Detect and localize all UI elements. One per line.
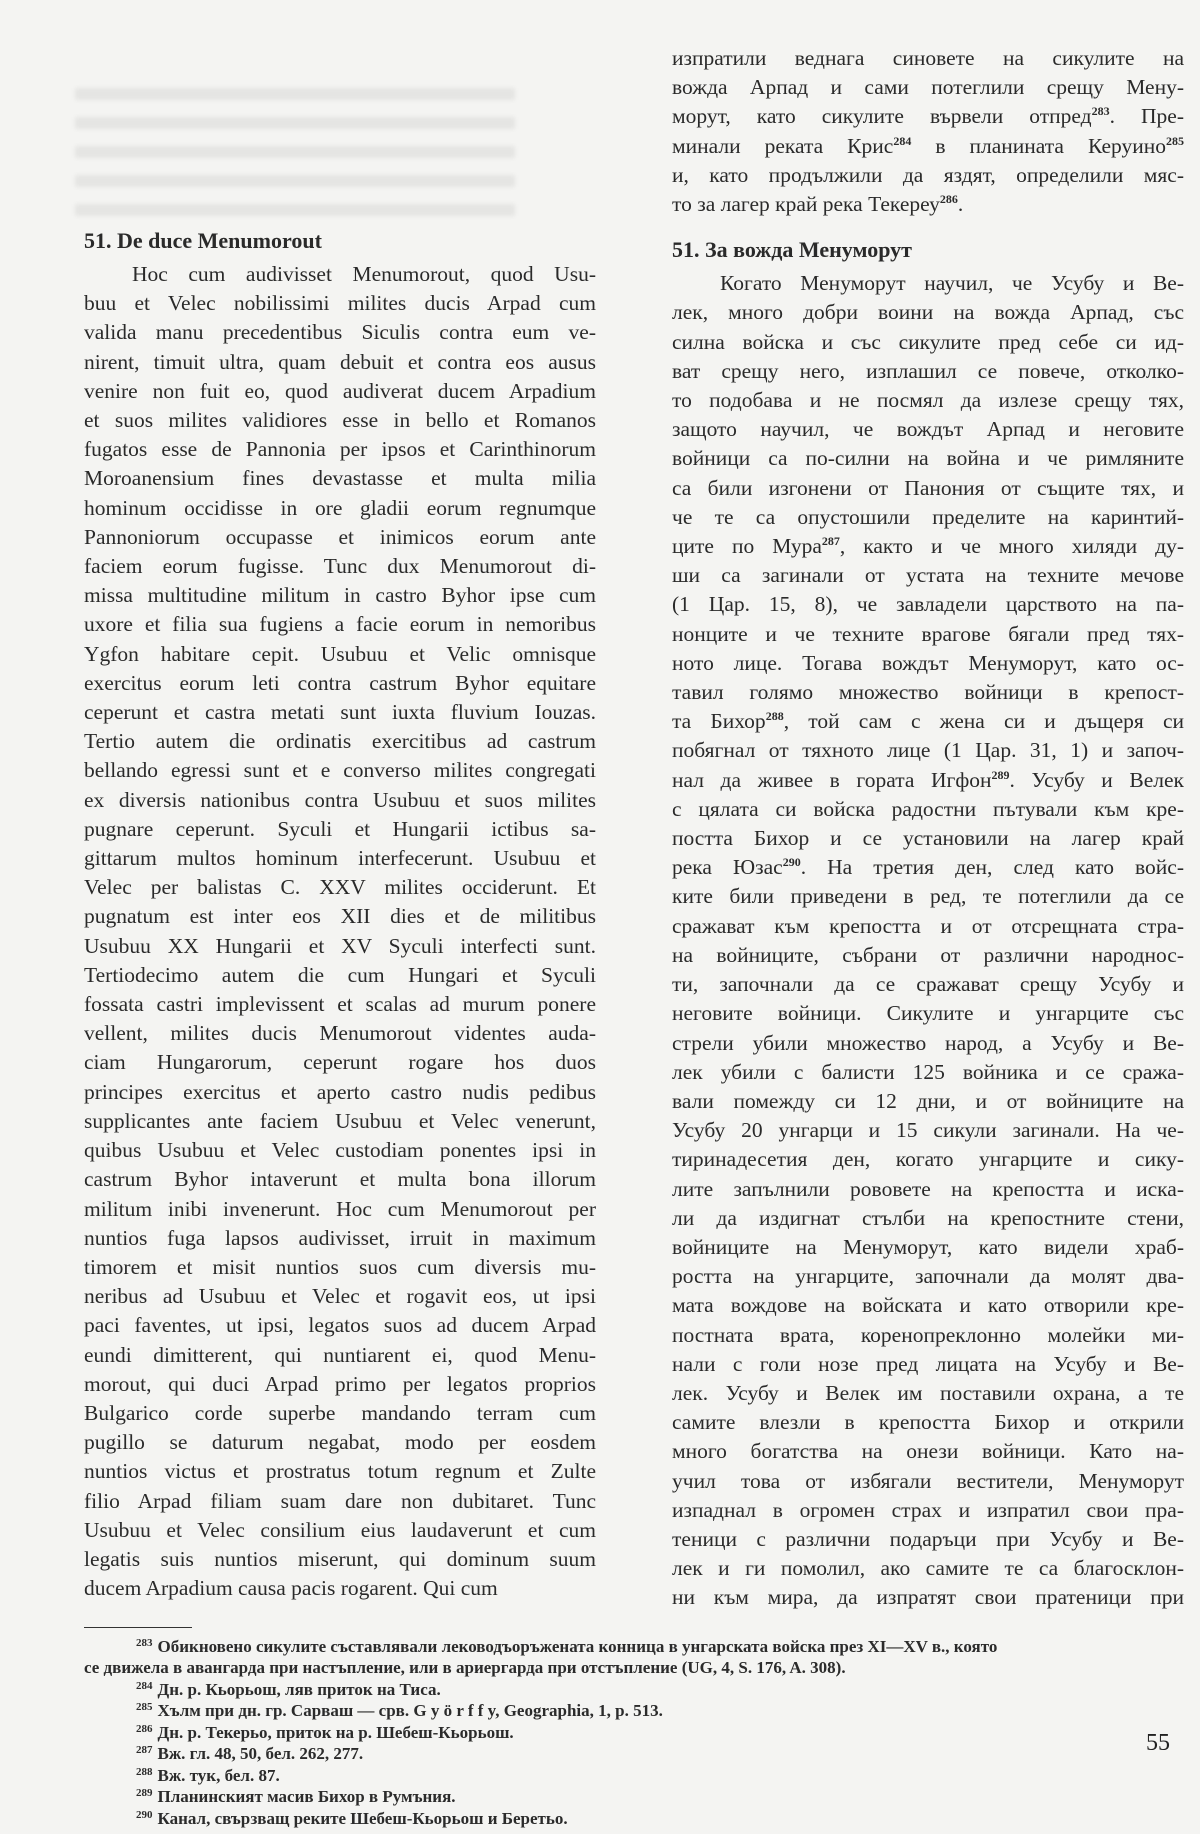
text-line: морут, като сикулите вървели отпред283. … (672, 102, 1184, 131)
text-line: лите запълнили рововете на крепостта и и… (672, 1175, 1184, 1204)
text-line: ростта на унгарците, започнали да молят … (672, 1262, 1184, 1291)
text-run: теници с различни подаръци при Усубу и В… (672, 1527, 1184, 1551)
text-line: та Бихор288, той сам с жена си и дъщеря … (672, 707, 1184, 736)
text-line: buu et Velec nobilissimi milites ducis A… (84, 289, 596, 318)
text-run: ките били приведени в ред, те потеглили … (672, 884, 1184, 908)
text-line: (1 Цар. 15, 8), че завладели царството н… (672, 590, 1184, 619)
text-run: Обикновено сикулите съставлявали лековод… (158, 1637, 998, 1656)
text-run: то подобава и не посмял да излезе срещу … (672, 388, 1184, 412)
text-line: nirent, timuit ultra, quam debuit et con… (84, 348, 596, 377)
text-run: ши са загинали от устата на техните мечо… (672, 563, 1184, 587)
bulgarian-text: Когато Менуморут научил, че Усубу и Ве-л… (672, 269, 1184, 1612)
text-line: сражават към крепостта и от отсрещната с… (672, 912, 1184, 941)
footnote-reference: 288 (766, 709, 784, 723)
text-line: постта Бихор и се установили на лагер кр… (672, 824, 1184, 853)
footnote-number: 285 (136, 1701, 153, 1713)
text-line: Tertio autem die ordinatis exercitibus a… (84, 727, 596, 756)
text-run: тиринадесетия ден, когато унгарците и си… (672, 1147, 1184, 1171)
text-line: че те са опустошили пределите на каринти… (672, 503, 1184, 532)
text-run: Хълм при дн. гр. Сарваш — срв. G y ö r f… (158, 1701, 663, 1720)
text-line: pugnare ceperunt. Syculi et Hungarii ict… (84, 815, 596, 844)
text-line: pugillo se daturum negabat, modo per eos… (84, 1428, 596, 1457)
text-run: Канал, свързващ реките Шебеш-Кьорьош и Б… (158, 1809, 568, 1828)
text-run: са били изгонени от Панония от същите тя… (672, 476, 1184, 500)
text-line: самите влезли в крепостта Бихор и открил… (672, 1408, 1184, 1437)
footnotes: 283Обикновено сикулите съставлявали леко… (84, 1636, 1184, 1830)
text-line: стрели убили множество народ, а Усубу и … (672, 1029, 1184, 1058)
text-line: Когато Менуморут научил, че Усубу и Ве- (672, 269, 1184, 298)
bulgarian-column: изпратили веднага синовете на сикулите н… (672, 44, 1184, 1613)
text-line: Moroanensium fines devastasse et multa m… (84, 464, 596, 493)
text-line: venire non fuit eo, quod audiverat ducem… (84, 377, 596, 406)
text-line: лек. Усубу и Велек им поставили охрана, … (672, 1379, 1184, 1408)
text-line: учил това от избягали вестители, Менумор… (672, 1467, 1184, 1496)
text-run: Вж. гл. 48, 50, бел. 262, 277. (158, 1744, 364, 1763)
text-run: Вж. тук, бел. 87. (158, 1766, 280, 1785)
text-line: ват срещу него, изплашил се повече, отко… (672, 357, 1184, 386)
footnote-reference: 285 (1166, 134, 1184, 148)
page-number: 55 (1146, 1730, 1170, 1757)
text-run: ното лице. Тогава вождът Менуморут, като… (672, 651, 1184, 675)
latin-column: 51. De duce Menumorout Hoc cum audivisse… (84, 226, 596, 1613)
text-run: то за лагер край река Текереу (672, 192, 940, 216)
text-run: . Пре- (1110, 104, 1184, 128)
text-run: Дн. р. Текерьо, приток на р. Шебеш-Кьорь… (158, 1723, 514, 1742)
footnote-number: 286 (136, 1723, 153, 1735)
footnote-separator (84, 1627, 192, 1628)
book-page: 51. De duce Menumorout Hoc cum audivisse… (84, 44, 1184, 1829)
text-line: ното лице. Тогава вождът Менуморут, като… (672, 649, 1184, 678)
text-line: paci faventes, ut ipsi, legatos suos ad … (84, 1311, 596, 1340)
latin-text: Hoc cum audivisset Menumorout, quod Usu-… (84, 260, 596, 1603)
text-line: минали реката Крис284 в планината Керуин… (672, 132, 1184, 161)
text-run: ни към мира, да изпратят свои пратеници … (672, 1585, 1184, 1609)
text-line: ките били приведени в ред, те потеглили … (672, 882, 1184, 911)
text-line: timorem et misit nuntios suos cum divers… (84, 1253, 596, 1282)
text-run: Когато Менуморут научил, че Усубу и Ве- (720, 271, 1184, 295)
text-line: ши са загинали от устата на техните мечо… (672, 561, 1184, 590)
text-line: exercitus eorum leti contra castrum Byho… (84, 669, 596, 698)
text-run: река Юзас (672, 855, 783, 879)
text-line: изпратили веднага синовете на сикулите н… (672, 44, 1184, 73)
text-line: neribus ad Usubuu et Velec et rogavit eo… (84, 1282, 596, 1311)
text-line: supplicantes ante faciem Usubuu et Velec… (84, 1107, 596, 1136)
text-line: то за лагер край река Текереу286. (672, 190, 1184, 219)
text-line: изпаднал в огромен страх и изпратил свои… (672, 1496, 1184, 1525)
text-line: мата вождове на войската и като отворили… (672, 1291, 1184, 1320)
text-run: с цялата си войска радостни пътували към… (672, 797, 1184, 821)
text-run: , той сам с жена си и дъщеря си (784, 709, 1184, 733)
text-line: missa multitudine militum in castro Byho… (84, 581, 596, 610)
text-line: побягнал от тяхното лице (1 Цар. 31, 1) … (672, 736, 1184, 765)
text-line: fossata castri implevissent et scalas ad… (84, 990, 596, 1019)
text-line: Usubuu et Velec consilium eius laudaveru… (84, 1516, 596, 1545)
text-run: постната врата, коренопреклонно молейки … (672, 1323, 1184, 1347)
bulgarian-previous-chapter-ending: изпратили веднага синовете на сикулите н… (672, 44, 1184, 219)
text-run: ците по Мура (672, 534, 822, 558)
text-run: нонците и че техните врагове бягали пред… (672, 622, 1184, 646)
text-run: , както и че много хиляди ду- (840, 534, 1184, 558)
text-run: на войниците, събрани от различни народн… (672, 943, 1184, 967)
footnote-reference: 290 (783, 855, 801, 869)
text-line: ли да издигнат стълби на крепостните сте… (672, 1204, 1184, 1233)
text-line: bellando egressi sunt et e converso mili… (84, 756, 596, 785)
text-run: та Бихор (672, 709, 766, 733)
text-line: на войниците, събрани от различни народн… (672, 941, 1184, 970)
footnote-number: 288 (136, 1766, 153, 1778)
text-line: войниците на Менуморут, като видели храб… (672, 1233, 1184, 1262)
text-run: вали помежду си 12 дни, и от войниците н… (672, 1089, 1184, 1113)
footnote-item: 288Вж. тук, бел. 87. (84, 1765, 1184, 1787)
footnote-item: 283Обикновено сикулите съставлявали леко… (84, 1636, 1184, 1658)
text-run: че те са опустошили пределите на каринти… (672, 505, 1184, 529)
text-run: силна войска и със сикулите пред себе си… (672, 330, 1184, 354)
text-line: Hoc cum audivisset Menumorout, quod Usu- (84, 260, 596, 289)
footnote-reference: 284 (893, 134, 911, 148)
text-line: ciam Hungarorum, ceperunt rogare hos duo… (84, 1048, 596, 1077)
text-run: изпаднал в огромен страх и изпратил свои… (672, 1498, 1184, 1522)
text-line: nuntios victus et prostratus totum regnu… (84, 1457, 596, 1486)
footnote-number: 287 (136, 1744, 153, 1756)
text-run: войници са по-силни на война и че римлян… (672, 446, 1184, 470)
text-run: . Усубу и Велек (1010, 768, 1184, 792)
text-run: нали с голи нозе пред лицата на Усубу и … (672, 1352, 1184, 1376)
text-run: ростта на унгарците, започнали да молят … (672, 1264, 1184, 1288)
text-line: лек, много добри воини на вожда Арпад, с… (672, 298, 1184, 327)
text-line: ни към мира, да изпратят свои пратеници … (672, 1583, 1184, 1612)
text-line: et suos milites validiores esse in bello… (84, 406, 596, 435)
text-line: ците по Мура287, както и че много хиляди… (672, 532, 1184, 561)
text-line: и, като продължили да яздят, определили … (672, 161, 1184, 190)
text-run: много богатства на онези войници. Като н… (672, 1439, 1184, 1463)
text-run: сражават към крепостта и от отсрещната с… (672, 914, 1184, 938)
text-run: нал да живее в гората Игфон (672, 768, 992, 792)
text-line: нал да живее в гората Игфон289. Усубу и … (672, 766, 1184, 795)
footnote-item: 289Планинският масив Бихор в Румъния. (84, 1786, 1184, 1808)
text-line: постната врата, коренопреклонно молейки … (672, 1321, 1184, 1350)
text-line: неговите войници. Сикулите и унгарците с… (672, 999, 1184, 1028)
text-run: морут, като сикулите вървели отпред (672, 104, 1092, 128)
text-run: и, като продължили да яздят, определили … (672, 163, 1184, 187)
text-run: ли да издигнат стълби на крепостните сте… (672, 1206, 1184, 1230)
text-run: Планинският масив Бихор в Румъния. (158, 1787, 456, 1806)
text-line: Усубу 20 унгарци и 15 сикули загинали. Н… (672, 1116, 1184, 1145)
text-run: защото научил, че вождът Арпад и неговит… (672, 417, 1184, 441)
text-line: лек убили с балисти 125 войника и се сра… (672, 1058, 1184, 1087)
text-run: . (958, 192, 963, 216)
footnote-number: 284 (136, 1680, 153, 1692)
text-line: ducem Arpadium causa pacis rogarent. Qui… (84, 1574, 596, 1603)
text-line: militum inibi invenerunt. Hoc cum Menumo… (84, 1195, 596, 1224)
text-line: Tertiodecimo autem die cum Hungari et Sy… (84, 961, 596, 990)
text-line: ти, започнали да се сражават срещу Усубу… (672, 970, 1184, 999)
text-line: morout, qui duci Arpad primo per legatos… (84, 1370, 596, 1399)
text-run: Усубу 20 унгарци и 15 сикули загинали. Н… (672, 1118, 1184, 1142)
text-line: вожда Арпад и сами потеглили срещу Мену- (672, 73, 1184, 102)
text-run: лите запълнили рововете на крепостта и и… (672, 1177, 1184, 1201)
text-line: valida manu precedentibus Siculis contra… (84, 318, 596, 347)
text-run: лек и ги помолил, ако самите те са благо… (672, 1556, 1184, 1580)
text-line: uxore et filia sua fugiens a facie eorum… (84, 610, 596, 639)
text-line: то подобава и не посмял да излезе срещу … (672, 386, 1184, 415)
two-column-body: 51. De duce Menumorout Hoc cum audivisse… (84, 44, 1184, 1613)
text-line: нонците и че техните врагове бягали пред… (672, 620, 1184, 649)
text-run: ти, започнали да се сражават срещу Усубу… (672, 972, 1184, 996)
footnote-item: 285Хълм при дн. гр. Сарваш — срв. G y ö … (84, 1700, 1184, 1722)
footnote-item: 286Дн. р. Текерьо, приток на р. Шебеш-Кь… (84, 1722, 1184, 1744)
text-line: река Юзас290. На третия ден, след като в… (672, 853, 1184, 882)
text-run: в планината Керуино (911, 134, 1166, 158)
text-run: неговите войници. Сикулите и унгарците с… (672, 1001, 1184, 1025)
text-line: vellent, milites ducis Menumorout vident… (84, 1019, 596, 1048)
text-run: Дн. р. Кьорьош, ляв приток на Тиса. (158, 1680, 441, 1699)
text-line: nuntios fuga lapsos audivisset, irruit i… (84, 1224, 596, 1253)
text-line: pugnatum est inter eos XII dies et de mi… (84, 902, 596, 931)
text-line: ceperunt et castra metati sunt iuxta flu… (84, 698, 596, 727)
text-line: защото научил, че вождът Арпад и неговит… (672, 415, 1184, 444)
text-run: лек, много добри воини на вожда Арпад, с… (672, 300, 1184, 324)
text-run: постта Бихор и се установили на лагер кр… (672, 826, 1184, 850)
text-run: мата вождове на войската и като отворили… (672, 1293, 1184, 1317)
text-run: (1 Цар. 15, 8), че завладели царството н… (672, 592, 1184, 616)
text-line: Velec per balistas C. XXV milites occide… (84, 873, 596, 902)
text-line: hominum occidisse in ore gladii eorum re… (84, 494, 596, 523)
footnote-reference: 289 (992, 768, 1010, 782)
footnote-number: 289 (136, 1787, 153, 1799)
footnote-item: 287Вж. гл. 48, 50, бел. 262, 277. (84, 1743, 1184, 1765)
text-line: много богатства на онези войници. Като н… (672, 1437, 1184, 1466)
text-run: самите влезли в крепостта Бихор и открил… (672, 1410, 1184, 1434)
text-run: стрели убили множество народ, а Усубу и … (672, 1031, 1184, 1055)
text-line: Ygfon habitare cepit. Usubuu et Velic om… (84, 640, 596, 669)
text-run: вожда Арпад и сами потеглили срещу Мену- (672, 75, 1184, 99)
text-line: Usubuu XX Hungarii et XV Syculi interfec… (84, 932, 596, 961)
text-line: лек и ги помолил, ако самите те са благо… (672, 1554, 1184, 1583)
text-line: castrum Byhor intaverunt et multa bona i… (84, 1165, 596, 1194)
text-line: теници с различни подаръци при Усубу и В… (672, 1525, 1184, 1554)
text-run: изпратили веднага синовете на сикулите н… (672, 46, 1184, 70)
text-run: войниците на Менуморут, като видели храб… (672, 1235, 1184, 1259)
text-line: filio Arpad filiam suam dare non dubitar… (84, 1487, 596, 1516)
footnote-item: 290Канал, свързващ реките Шебеш-Кьорьош … (84, 1808, 1184, 1830)
latin-chapter-heading: 51. De duce Menumorout (84, 226, 596, 256)
footnote-reference: 287 (822, 534, 840, 548)
text-line: с цялата си войска радостни пътували към… (672, 795, 1184, 824)
text-line: Pannoniorum occupasse et inimicos eorum … (84, 523, 596, 552)
text-line: ex diversis nationibus contra Usubuu et … (84, 786, 596, 815)
footnote-reference: 283 (1092, 104, 1110, 118)
text-line: gittarum multos hominum interfecerunt. U… (84, 844, 596, 873)
text-line: войници са по-силни на война и че римлян… (672, 444, 1184, 473)
text-run: учил това от избягали вестители, Менумор… (672, 1469, 1184, 1493)
text-line: legatis suis nuntios miserunt, qui domin… (84, 1545, 596, 1574)
text-run: лек. Усубу и Велек им поставили охрана, … (672, 1381, 1184, 1405)
footnote-number: 290 (136, 1809, 153, 1821)
text-line: нали с голи нозе пред лицата на Усубу и … (672, 1350, 1184, 1379)
text-line: са били изгонени от Панония от същите тя… (672, 474, 1184, 503)
text-run: . На третия ден, след като войс- (801, 855, 1184, 879)
text-line: тавил голямо множество войници в крепост… (672, 678, 1184, 707)
text-line: principes exercitus et aperto castro nud… (84, 1078, 596, 1107)
text-run: лек убили с балисти 125 войника и се сра… (672, 1060, 1184, 1084)
text-run: тавил голямо множество войници в крепост… (672, 680, 1184, 704)
text-line: quibus Usubuu et Velec custodiam ponente… (84, 1136, 596, 1165)
text-run: побягнал от тяхното лице (1 Цар. 31, 1) … (672, 738, 1184, 762)
text-line: faciem eorum fugisse. Tunc dux Menumorou… (84, 552, 596, 581)
text-line: вали помежду си 12 дни, и от войниците н… (672, 1087, 1184, 1116)
text-line: тиринадесетия ден, когато унгарците и си… (672, 1145, 1184, 1174)
footnote-reference: 286 (940, 192, 958, 206)
text-line: fugatos esse de Pannonia per ipsos et Ca… (84, 435, 596, 464)
text-line: Bulgarico corde superbe mandando terram … (84, 1399, 596, 1428)
footnote-number: 283 (136, 1637, 153, 1649)
footnote-continuation: се движела в авангарда при настъпление, … (84, 1657, 1184, 1679)
text-line: силна войска и със сикулите пред себе си… (672, 328, 1184, 357)
text-run: ват срещу него, изплашил се повече, отко… (672, 359, 1184, 383)
text-line: eundi dimitterent, qui nuntiarent ei, qu… (84, 1341, 596, 1370)
text-run: минали реката Крис (672, 134, 893, 158)
bulgarian-chapter-heading: 51. За вожда Менуморут (672, 235, 1184, 265)
footnote-item: 284Дн. р. Кьорьош, ляв приток на Тиса. (84, 1679, 1184, 1701)
